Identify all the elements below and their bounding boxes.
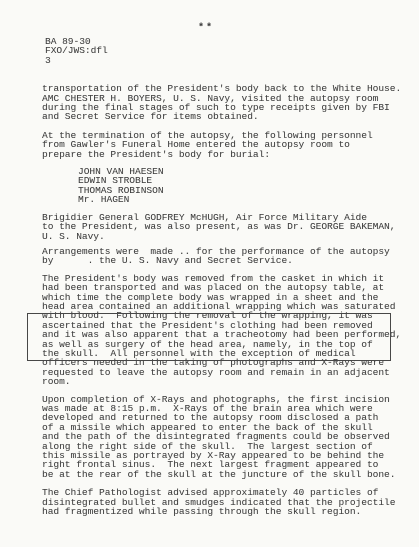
scanned-document-page: ** BA 89-30 FXO/JWS:dfl 3 transportation… — [0, 0, 419, 547]
list-item: Mr. HAGEN — [78, 195, 409, 204]
page-top-mark: ** — [198, 24, 214, 33]
dictation-code: FXO/JWS:dfl — [45, 46, 409, 55]
paragraph-body-removed-wrapper: The President's body was removed from th… — [42, 274, 409, 387]
burial-personnel-list: JOHN VAN HAESEN EDWIN STROBLE THOMAS ROB… — [78, 167, 409, 205]
paragraph-termination: At the termination of the autopsy, the f… — [42, 131, 409, 159]
document-content: BA 89-30 FXO/JWS:dfl 3 transportation of… — [0, 0, 419, 516]
paragraph-chief-pathologist: The Chief Pathologist advised approximat… — [42, 488, 409, 516]
paragraph-transportation: transportation of the President's body b… — [42, 84, 409, 122]
paragraph-mchugh: Brigidier General GODFREY McHUGH, Air Fo… — [42, 213, 409, 241]
document-header: BA 89-30 FXO/JWS:dfl 3 — [45, 37, 409, 65]
paragraph-xrays-incision: Upon completion of X-Rays and photograph… — [42, 395, 409, 480]
paragraph-body-removed: The President's body was removed from th… — [42, 274, 409, 387]
page-number: 3 — [45, 56, 409, 65]
paragraph-arrangements: Arrangements were made .. for the perfor… — [42, 247, 409, 266]
